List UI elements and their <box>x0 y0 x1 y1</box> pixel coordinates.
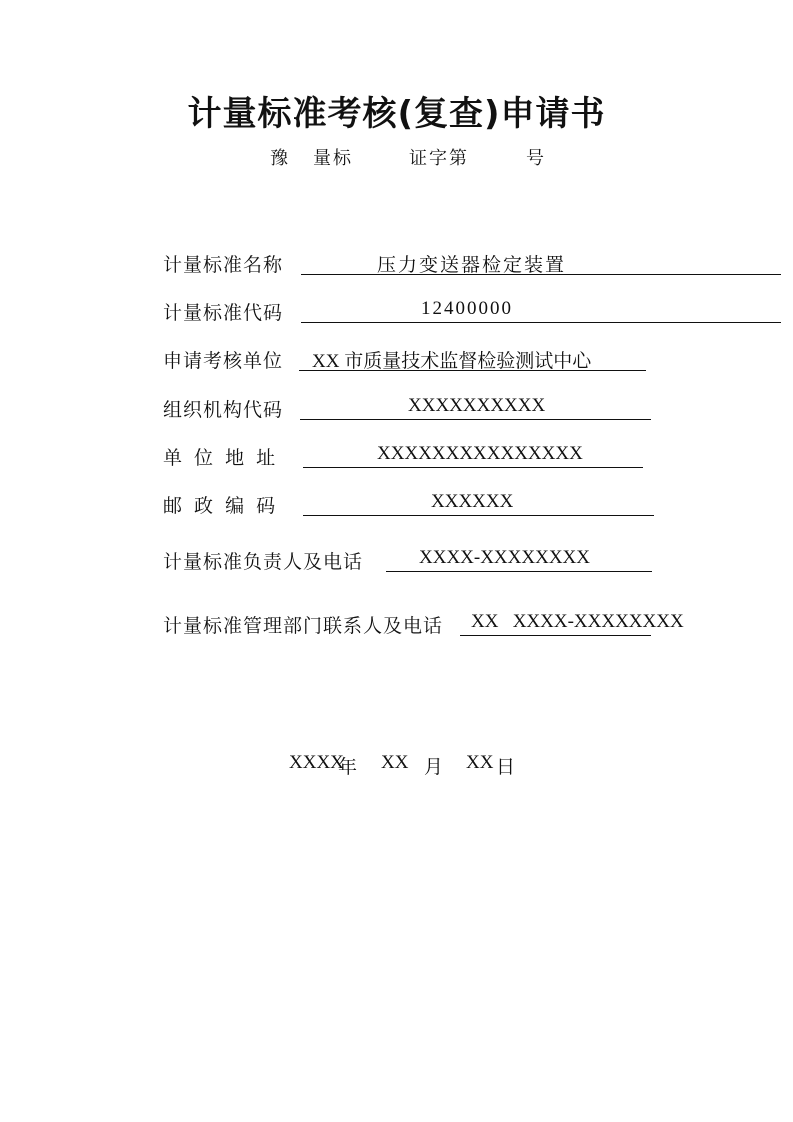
field-label: 申请考核单位 <box>163 346 283 373</box>
cert-part3: 号 <box>526 144 544 170</box>
field-line[interactable] <box>301 298 781 323</box>
cert-prefix: 豫 <box>270 144 288 170</box>
field-label: 单 位 地 址 <box>163 443 278 470</box>
field-value: XX 市质量技术监督检验测试中心 <box>312 346 591 373</box>
date-year: XXXX <box>289 752 344 774</box>
field-value: XXXXXXXXXX <box>408 395 545 417</box>
field-value: XXXX-XXXXXXXX <box>419 547 590 569</box>
field-value: 压力变送器检定装置 <box>377 250 566 277</box>
field-label: 组织机构代码 <box>163 395 283 422</box>
field-value: XXXXXX <box>431 491 513 513</box>
field-value: XXXXXXXXXXXXXXX <box>377 443 583 465</box>
field-label: 计量标准管理部门联系人及电话 <box>163 611 443 638</box>
field-value: 12400000 <box>421 298 513 320</box>
cert-part1: 量标 <box>313 144 353 170</box>
date-month: XX <box>381 752 408 774</box>
date-month-unit: 月 <box>424 752 443 779</box>
date-day-unit: 日 <box>496 752 515 779</box>
cert-part2: 证字第 <box>409 144 469 170</box>
field-label: 计量标准名称 <box>163 250 283 277</box>
field-label: 计量标准负责人及电话 <box>163 547 363 574</box>
document-title: 计量标准考核(复查)申请书 <box>0 86 793 135</box>
field-value: XX XXXX-XXXXXXXX <box>471 611 684 633</box>
field-label: 邮 政 编 码 <box>163 491 278 518</box>
date-day: XX <box>466 752 493 774</box>
field-label: 计量标准代码 <box>163 298 283 325</box>
date-year-unit: 年 <box>338 752 357 779</box>
